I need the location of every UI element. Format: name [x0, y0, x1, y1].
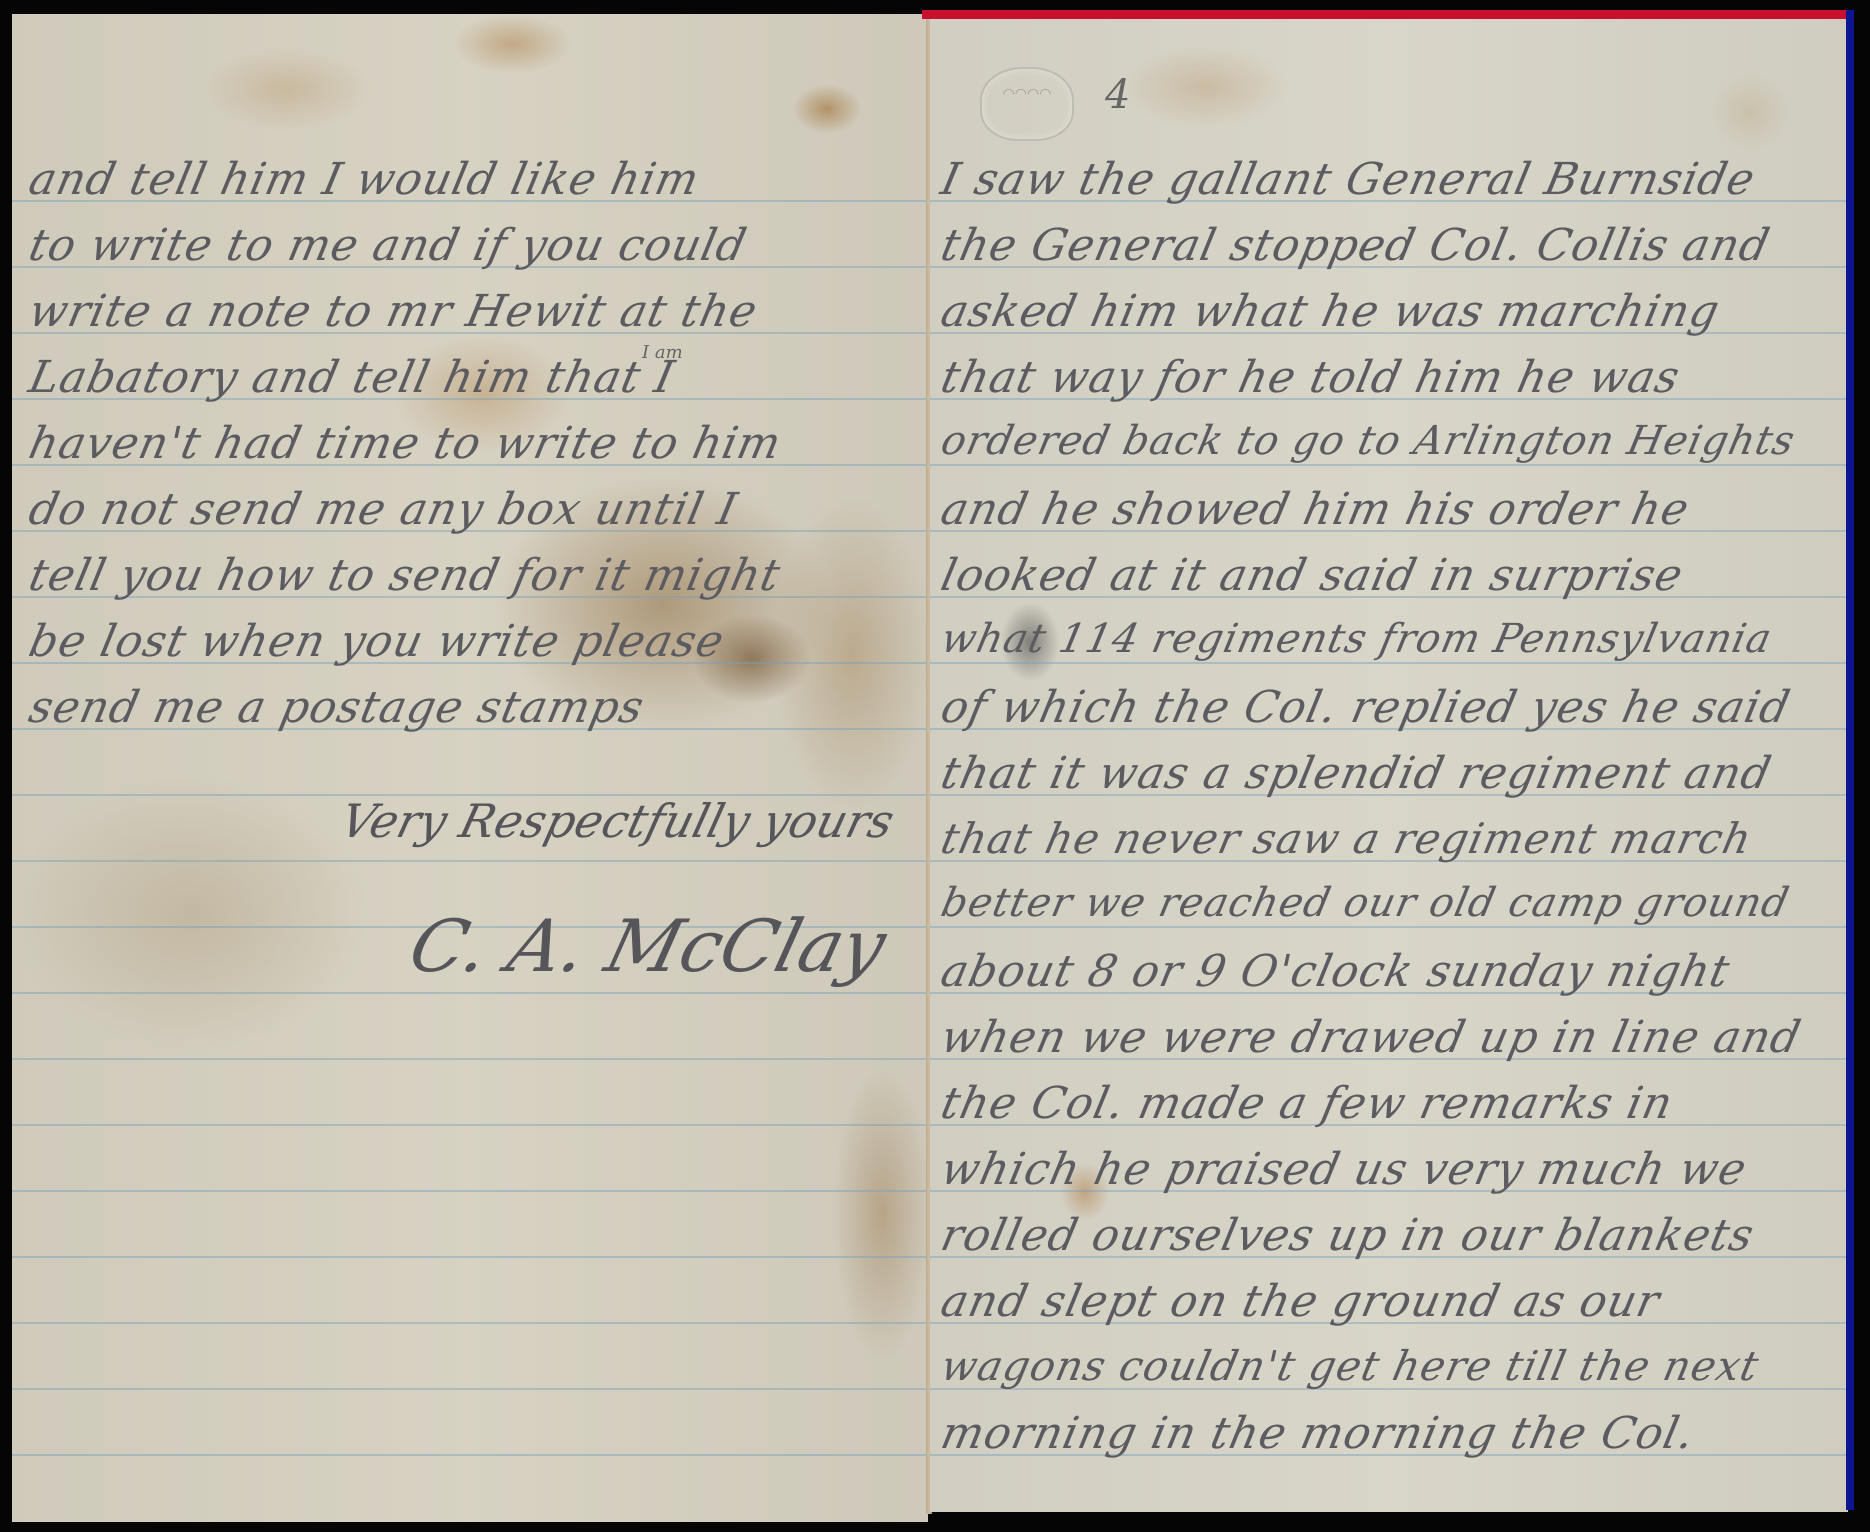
letter-line: and tell him I would like him — [25, 154, 705, 205]
closing: Very Respectfully yours — [335, 794, 899, 848]
stain — [792, 84, 862, 134]
letter-line: be lost when you write please — [25, 616, 729, 667]
letter-line: do not send me any box until I — [25, 484, 743, 535]
letter-line: write a note to mr Hewit at the — [25, 286, 763, 337]
letter-line: better we reached our old camp ground — [937, 880, 1793, 926]
embossed-seal-icon: ◠◠◠◠ — [980, 67, 1074, 141]
scanned-letter: and tell him I would like him to write t… — [0, 0, 1870, 1532]
letter-line: and he showed him his order he — [937, 484, 1694, 535]
letter-line: looked at it and said in surprise — [937, 550, 1688, 601]
letter-line: I saw the gallant General Burnside — [937, 154, 1760, 205]
letter-line: of which the Col. replied yes he said — [937, 682, 1795, 733]
letter-line: that way for he told him he was — [937, 352, 1685, 403]
letter-line: asked him what he was marching — [937, 286, 1725, 337]
signature: C. A. McClay — [402, 904, 895, 988]
red-page-edge — [922, 10, 1848, 19]
stain — [12, 774, 372, 1054]
letter-line: haven't had time to write to him — [25, 418, 787, 469]
letter-line: which he praised us very much we — [937, 1144, 1752, 1195]
letter-line: the Col. made a few remarks in — [937, 1078, 1678, 1129]
letter-line: ordered back to go to Arlington Heights — [937, 418, 1799, 464]
stain — [452, 14, 572, 74]
letter-line: that he never saw a regiment march — [937, 814, 1757, 863]
letter-line: when we were drawed up in line and — [937, 1012, 1806, 1063]
letter-line: what 114 regiments from Pennsylvania — [937, 616, 1776, 662]
letter-line: and slept on the ground as our — [937, 1276, 1665, 1327]
blue-page-edge — [1846, 10, 1854, 1510]
letter-line: to write to me and if you could — [25, 220, 752, 271]
stain — [1710, 72, 1790, 152]
letter-line: that it was a splendid regiment and — [937, 748, 1777, 799]
stain — [832, 1064, 928, 1364]
stain — [772, 494, 928, 814]
right-page: ◠◠◠◠ 4 I saw the gallant General Burnsid… — [930, 12, 1848, 1512]
letter-line: the General stopped Col. Collis and — [937, 220, 1775, 271]
letter-line: Labatory and tell him that I — [25, 352, 680, 403]
letter-line: rolled ourselves up in our blankets — [937, 1210, 1759, 1261]
letter-line: wagons couldn't get here till the next — [937, 1342, 1764, 1390]
letter-line: about 8 or 9 O'clock sunday night — [937, 946, 1735, 997]
letter-line: tell you how to send for it might — [25, 550, 786, 601]
left-page: and tell him I would like him to write t… — [12, 14, 928, 1522]
letter-line: send me a postage stamps — [25, 682, 649, 733]
letter-line: morning in the morning the Col. — [937, 1408, 1700, 1459]
page-number: 4 — [1105, 72, 1130, 118]
